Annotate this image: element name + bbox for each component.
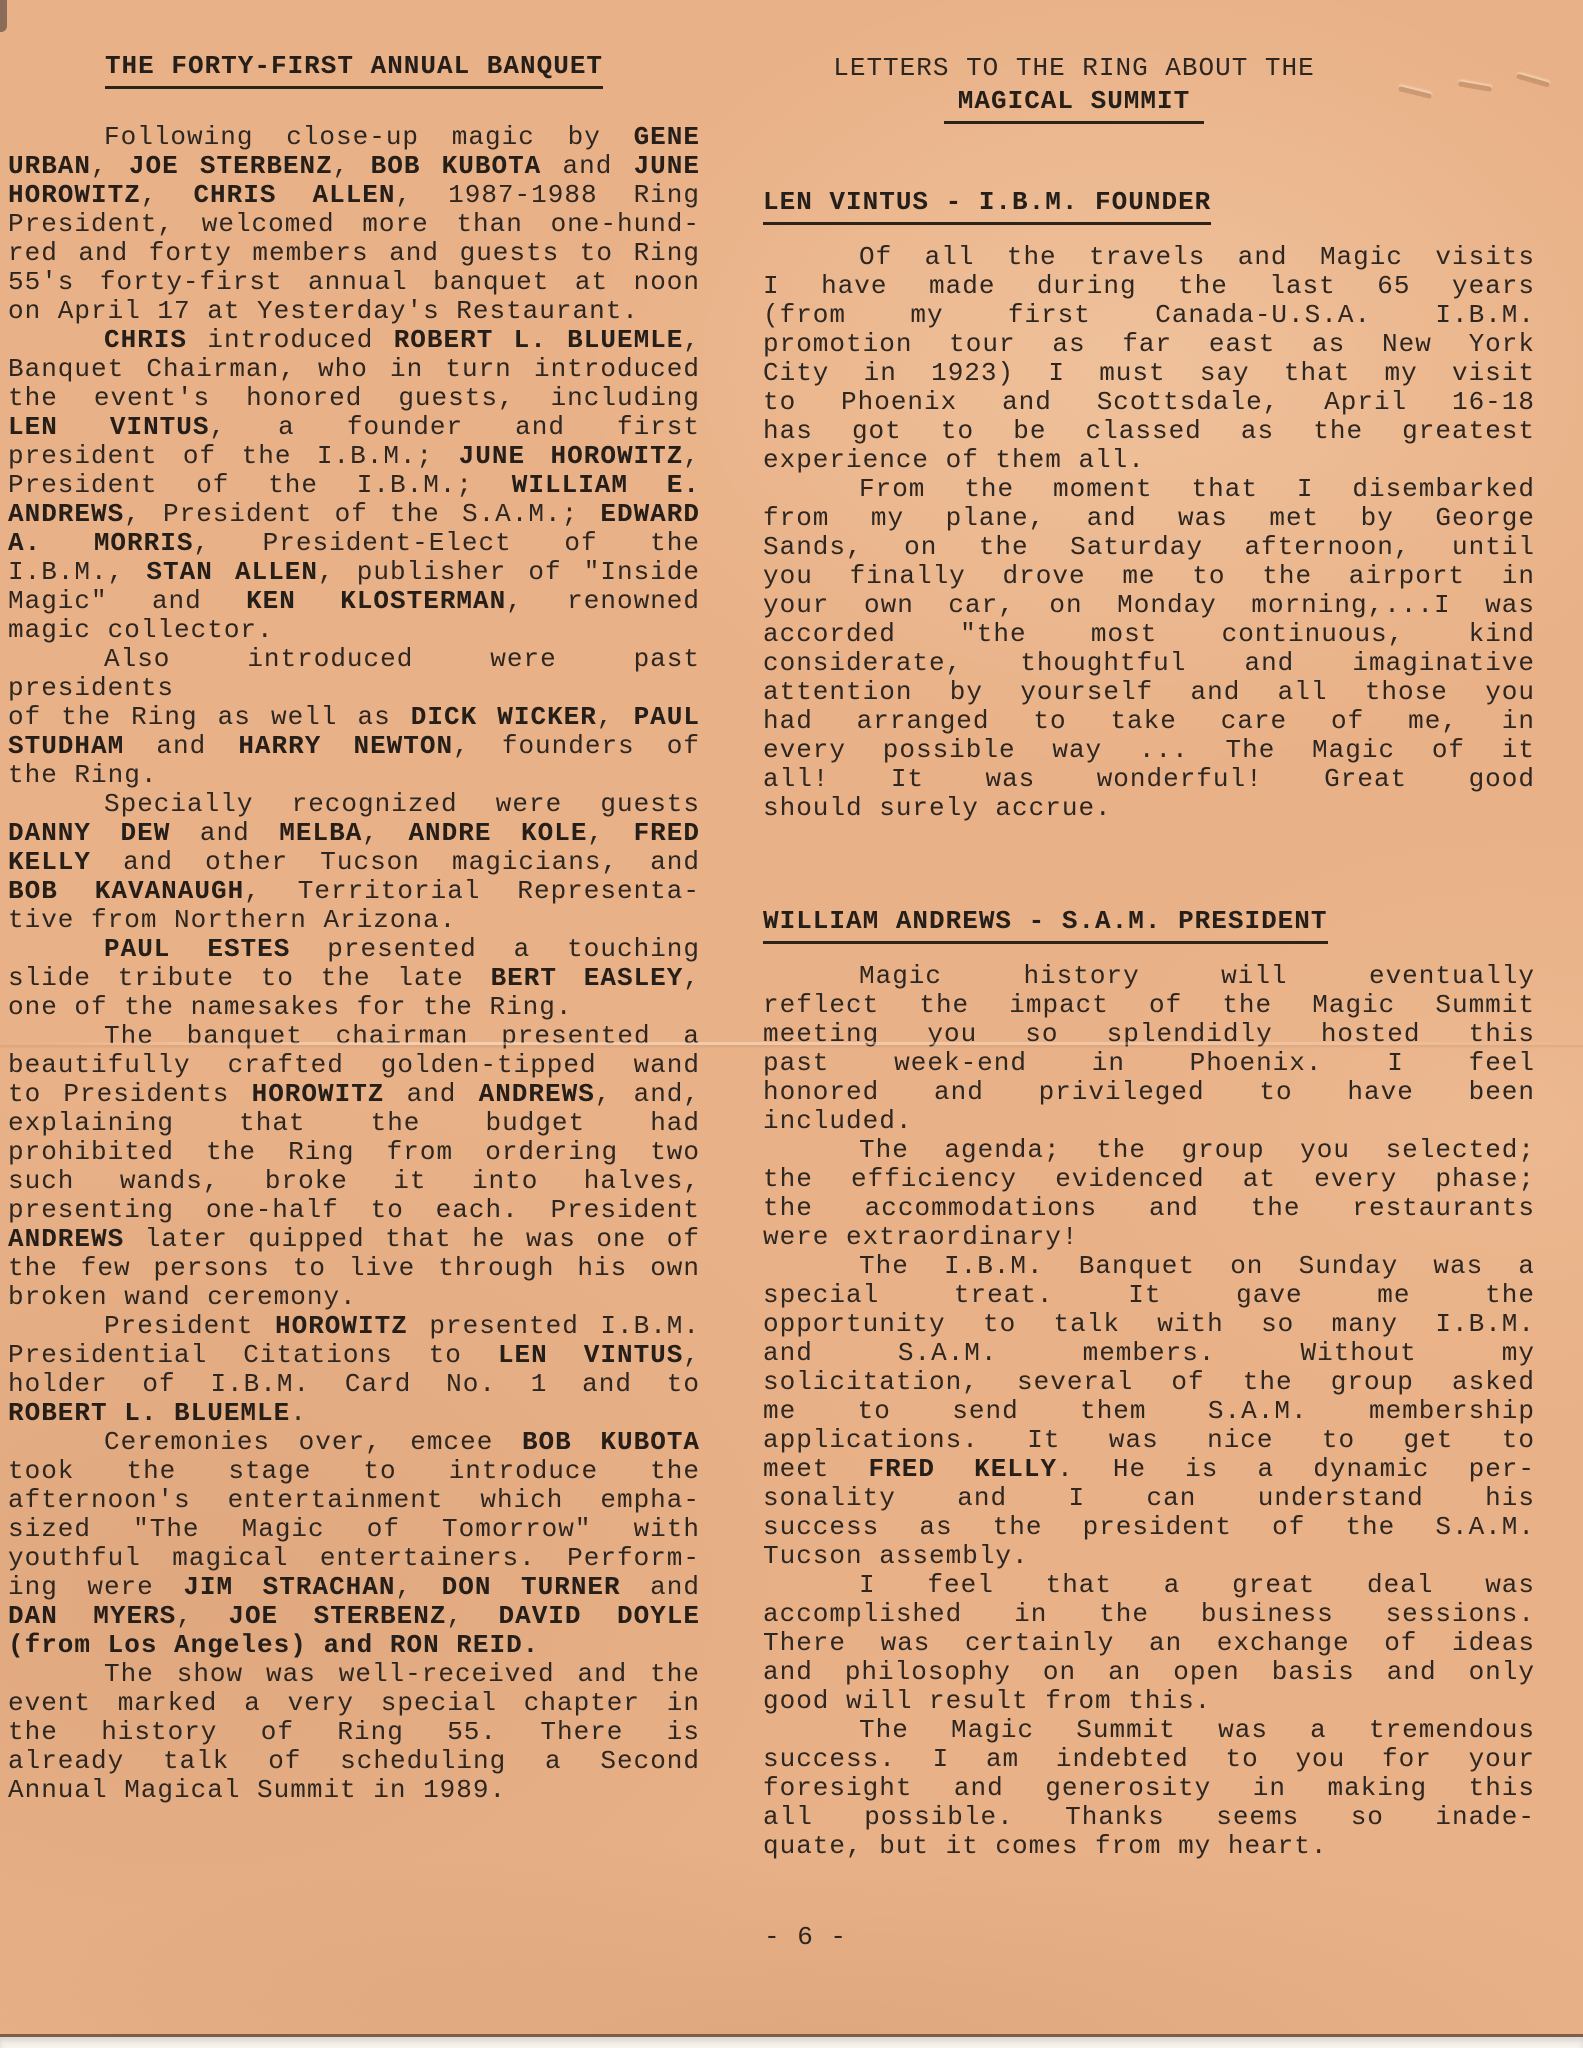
scan-corner-mark: [0, 0, 7, 32]
text-line: solicitation, several of the group asked: [763, 1368, 1535, 1397]
section-len-vintus: LEN VINTUS - I.B.M. FOUNDER Of all the t…: [763, 188, 1535, 823]
paragraph: The show was well-received and theevent …: [8, 1660, 700, 1805]
text-line: meet FRED KELLY. He is a dynamic per-: [763, 1455, 1535, 1484]
text-line: and philosophy on an open basis and only: [763, 1658, 1535, 1687]
text-line: I have made during the last 65 years: [763, 272, 1535, 301]
paragraph: Of all the travels and Magic visitsI hav…: [763, 243, 1535, 475]
text-line: promotion tour as far east as New York: [763, 330, 1535, 359]
text-line: already talk of scheduling a Second: [8, 1747, 700, 1776]
text-line: sized "The Magic of Tomorrow" with: [8, 1515, 700, 1544]
text-line: ROBERT L. BLUEMLE.: [8, 1399, 700, 1428]
paper-bottom-edge: [0, 2034, 1583, 2048]
text-line: Following close-up magic by GENE: [8, 123, 700, 152]
paragraph: CHRIS introduced ROBERT L. BLUEMLE,Banqu…: [8, 326, 700, 645]
text-line: such wands, broke it into halves,: [8, 1167, 700, 1196]
text-line: president of the I.B.M.; JUNE HOROWITZ,: [8, 442, 700, 471]
text-line: A. MORRIS, President-Elect of the: [8, 529, 700, 558]
paragraph: Following close-up magic by GENEURBAN, J…: [8, 123, 700, 326]
text-line: The Magic Summit was a tremendous: [763, 1716, 1535, 1745]
text-line: and S.A.M. members. Without my: [763, 1339, 1535, 1368]
text-line: foresight and generosity in making this: [763, 1774, 1535, 1803]
text-line: from my plane, and was met by George: [763, 504, 1535, 533]
text-line: tive from Northern Arizona.: [8, 906, 700, 935]
text-line: URBAN, JOE STERBENZ, BOB KUBOTA and JUNE: [8, 152, 700, 181]
text-line: red and forty members and guests to Ring: [8, 239, 700, 268]
text-line: prohibited the Ring from ordering two: [8, 1138, 700, 1167]
section-body-william-andrews: Magic history will eventuallyreflect the…: [763, 962, 1535, 1861]
text-line: reflect the impact of the Magic Summit: [763, 991, 1535, 1020]
right-article-title-line-2: MAGICAL SUMMIT: [763, 85, 1385, 118]
text-line: I feel that a great deal was: [763, 1571, 1535, 1600]
text-line: attention by yourself and all those you: [763, 678, 1535, 707]
text-line: ANDREWS later quipped that he was one of: [8, 1225, 700, 1254]
text-line: PAUL ESTES presented a touching: [8, 935, 700, 964]
left-article-body: Following close-up magic by GENEURBAN, J…: [8, 123, 700, 1805]
text-line: I.B.M., STAN ALLEN, publisher of "Inside: [8, 558, 700, 587]
text-line: Ceremonies over, emcee BOB KUBOTA: [8, 1428, 700, 1457]
paragraph: The Magic Summit was a tremendoussuccess…: [763, 1716, 1535, 1861]
text-line: (from my first Canada-U.S.A. I.B.M.: [763, 301, 1535, 330]
left-column: THE FORTY-FIRST ANNUAL BANQUET Following…: [8, 52, 700, 1805]
text-line: Sands, on the Saturday afternoon, until: [763, 533, 1535, 562]
paragraph: From the moment that I disembarkedfrom m…: [763, 475, 1535, 823]
section-heading-len-vintus-text: LEN VINTUS - I.B.M. FOUNDER: [763, 187, 1211, 225]
text-line: BOB KAVANAUGH, Territorial Representa-: [8, 877, 700, 906]
text-line: President of the I.B.M.; WILLIAM E.: [8, 471, 700, 500]
text-line: LEN VINTUS, a founder and first: [8, 413, 700, 442]
text-line: had arranged to take care of me, in: [763, 707, 1535, 736]
text-line: ANDREWS, President of the S.A.M.; EDWARD: [8, 500, 700, 529]
text-line: 55's forty-first annual banquet at noon: [8, 268, 700, 297]
text-line: explaining that the budget had: [8, 1109, 700, 1138]
section-heading-len-vintus: LEN VINTUS - I.B.M. FOUNDER: [763, 188, 1535, 217]
text-line: broken wand ceremony.: [8, 1283, 700, 1312]
text-line: good will result from this.: [763, 1687, 1535, 1716]
text-line: the history of Ring 55. There is: [8, 1718, 700, 1747]
text-line: honored and privileged to have been: [763, 1078, 1535, 1107]
paragraph: The I.B.M. Banquet on Sunday was aspecia…: [763, 1252, 1535, 1571]
text-line: took the stage to introduce the: [8, 1457, 700, 1486]
text-line: Annual Magical Summit in 1989.: [8, 1776, 700, 1805]
text-line: Of all the travels and Magic visits: [763, 243, 1535, 272]
text-line: DAN MYERS, JOE STERBENZ, DAVID DOYLE: [8, 1602, 700, 1631]
right-article-title-line-2-text: MAGICAL SUMMIT: [944, 86, 1204, 124]
text-line: Banquet Chairman, who in turn introduced: [8, 355, 700, 384]
text-line: all possible. Thanks seems so inade-: [763, 1803, 1535, 1832]
text-line: you finally drove me to the airport in: [763, 562, 1535, 591]
text-line: one of the namesakes for the Ring.: [8, 993, 700, 1022]
text-line: holder of I.B.M. Card No. 1 and to: [8, 1370, 700, 1399]
text-line: HOROWITZ, CHRIS ALLEN, 1987-1988 Ring: [8, 181, 700, 210]
paragraph: PAUL ESTES presented a touchingslide tri…: [8, 935, 700, 1022]
text-line: The show was well-received and the: [8, 1660, 700, 1689]
left-article-title-text: THE FORTY-FIRST ANNUAL BANQUET: [105, 51, 603, 89]
text-line: opportunity to talk with so many I.B.M.: [763, 1310, 1535, 1339]
section-heading-william-andrews: WILLIAM ANDREWS - S.A.M. PRESIDENT: [763, 907, 1535, 936]
text-line: Presidential Citations to LEN VINTUS,: [8, 1341, 700, 1370]
text-line: quate, but it comes from my heart.: [763, 1832, 1535, 1861]
text-line: included.: [763, 1107, 1535, 1136]
text-line: past week-end in Phoenix. I feel: [763, 1049, 1535, 1078]
left-article-title: THE FORTY-FIRST ANNUAL BANQUET: [8, 52, 700, 81]
text-line: the Ring.: [8, 761, 700, 790]
text-line: your own car, on Monday morning,...I was: [763, 591, 1535, 620]
text-line: the accommodations and the restaurants: [763, 1194, 1535, 1223]
right-article-title: LETTERS TO THE RING ABOUT THE MAGICAL SU…: [763, 52, 1385, 118]
text-line: the event's honored guests, including: [8, 384, 700, 413]
text-line: Tucson assembly.: [763, 1542, 1535, 1571]
text-line: all! It was wonderful! Great good: [763, 765, 1535, 794]
text-line: youthful magical entertainers. Perform-: [8, 1544, 700, 1573]
section-heading-william-andrews-text: WILLIAM ANDREWS - S.A.M. PRESIDENT: [763, 906, 1328, 944]
text-line: success as the president of the S.A.M.: [763, 1513, 1535, 1542]
text-line: slide tribute to the late BERT EASLEY,: [8, 964, 700, 993]
text-line: has got to be classed as the greatest: [763, 417, 1535, 446]
text-line: The agenda; the group you selected;: [763, 1136, 1535, 1165]
right-column: LETTERS TO THE RING ABOUT THE MAGICAL SU…: [763, 52, 1535, 1861]
text-line: CHRIS introduced ROBERT L. BLUEMLE,: [8, 326, 700, 355]
text-line: the few persons to live through his own: [8, 1254, 700, 1283]
text-line: considerate, thoughtful and imaginative: [763, 649, 1535, 678]
text-line: The I.B.M. Banquet on Sunday was a: [763, 1252, 1535, 1281]
paragraph: I feel that a great deal wasaccomplished…: [763, 1571, 1535, 1716]
text-line: sonality and I can understand his: [763, 1484, 1535, 1513]
text-line: of the Ring as well as DICK WICKER, PAUL: [8, 703, 700, 732]
text-line: accorded "the most continuous, kind: [763, 620, 1535, 649]
text-line: (from Los Angeles) and RON REID.: [8, 1631, 700, 1660]
text-line: special treat. It gave me the: [763, 1281, 1535, 1310]
text-line: ing were JIM STRACHAN, DON TURNER and: [8, 1573, 700, 1602]
section-william-andrews: WILLIAM ANDREWS - S.A.M. PRESIDENT Magic…: [763, 907, 1535, 1861]
text-line: Also introduced were past presidents: [8, 645, 700, 703]
text-line: magic collector.: [8, 616, 700, 645]
newsletter-scan-page: THE FORTY-FIRST ANNUAL BANQUET Following…: [0, 0, 1583, 2048]
page-number: - 6 -: [764, 1922, 847, 1952]
text-line: City in 1923) I must say that my visit: [763, 359, 1535, 388]
text-line: KELLY and other Tucson magicians, and: [8, 848, 700, 877]
text-line: Magic history will eventually: [763, 962, 1535, 991]
text-line: to Phoenix and Scottsdale, April 16-18: [763, 388, 1535, 417]
text-line: me to send them S.A.M. membership: [763, 1397, 1535, 1426]
paragraph: President HOROWITZ presented I.B.M.Presi…: [8, 1312, 700, 1428]
text-line: There was certainly an exchange of ideas: [763, 1629, 1535, 1658]
text-line: event marked a very special chapter in: [8, 1689, 700, 1718]
text-line: afternoon's entertainment which empha-: [8, 1486, 700, 1515]
text-line: The banquet chairman presented a: [8, 1022, 700, 1051]
text-line: the efficiency evidenced at every phase;: [763, 1165, 1535, 1194]
text-line: President HOROWITZ presented I.B.M.: [8, 1312, 700, 1341]
text-line: Specially recognized were guests: [8, 790, 700, 819]
text-line: on April 17 at Yesterday's Restaurant.: [8, 297, 700, 326]
text-line: From the moment that I disembarked: [763, 475, 1535, 504]
text-line: accomplished in the business sessions.: [763, 1600, 1535, 1629]
text-line: success. I am indebted to you for your: [763, 1745, 1535, 1774]
paragraph: The agenda; the group you selected;the e…: [763, 1136, 1535, 1252]
text-line: should surely accrue.: [763, 794, 1535, 823]
text-line: Magic" and KEN KLOSTERMAN, renowned: [8, 587, 700, 616]
text-line: applications. It was nice to get to: [763, 1426, 1535, 1455]
right-article-title-line-1: LETTERS TO THE RING ABOUT THE: [763, 52, 1385, 85]
text-line: every possible way ... The Magic of it: [763, 736, 1535, 765]
text-line: DANNY DEW and MELBA, ANDRE KOLE, FRED: [8, 819, 700, 848]
text-line: beautifully crafted golden-tipped wand: [8, 1051, 700, 1080]
text-line: STUDHAM and HARRY NEWTON, founders of: [8, 732, 700, 761]
text-line: President, welcomed more than one-hund-: [8, 210, 700, 239]
paper-fold-line: [0, 1042, 1583, 1045]
paragraph: Magic history will eventuallyreflect the…: [763, 962, 1535, 1136]
text-line: to Presidents HOROWITZ and ANDREWS, and,: [8, 1080, 700, 1109]
paragraph: Ceremonies over, emcee BOB KUBOTAtook th…: [8, 1428, 700, 1660]
text-line: experience of them all.: [763, 446, 1535, 475]
text-line: presenting one-half to each. President: [8, 1196, 700, 1225]
paragraph: Also introduced were past presidentsof t…: [8, 645, 700, 790]
paragraph: Specially recognized were guestsDANNY DE…: [8, 790, 700, 935]
paragraph: The banquet chairman presented abeautifu…: [8, 1022, 700, 1312]
text-line: were extraordinary!: [763, 1223, 1535, 1252]
section-body-len-vintus: Of all the travels and Magic visitsI hav…: [763, 243, 1535, 823]
